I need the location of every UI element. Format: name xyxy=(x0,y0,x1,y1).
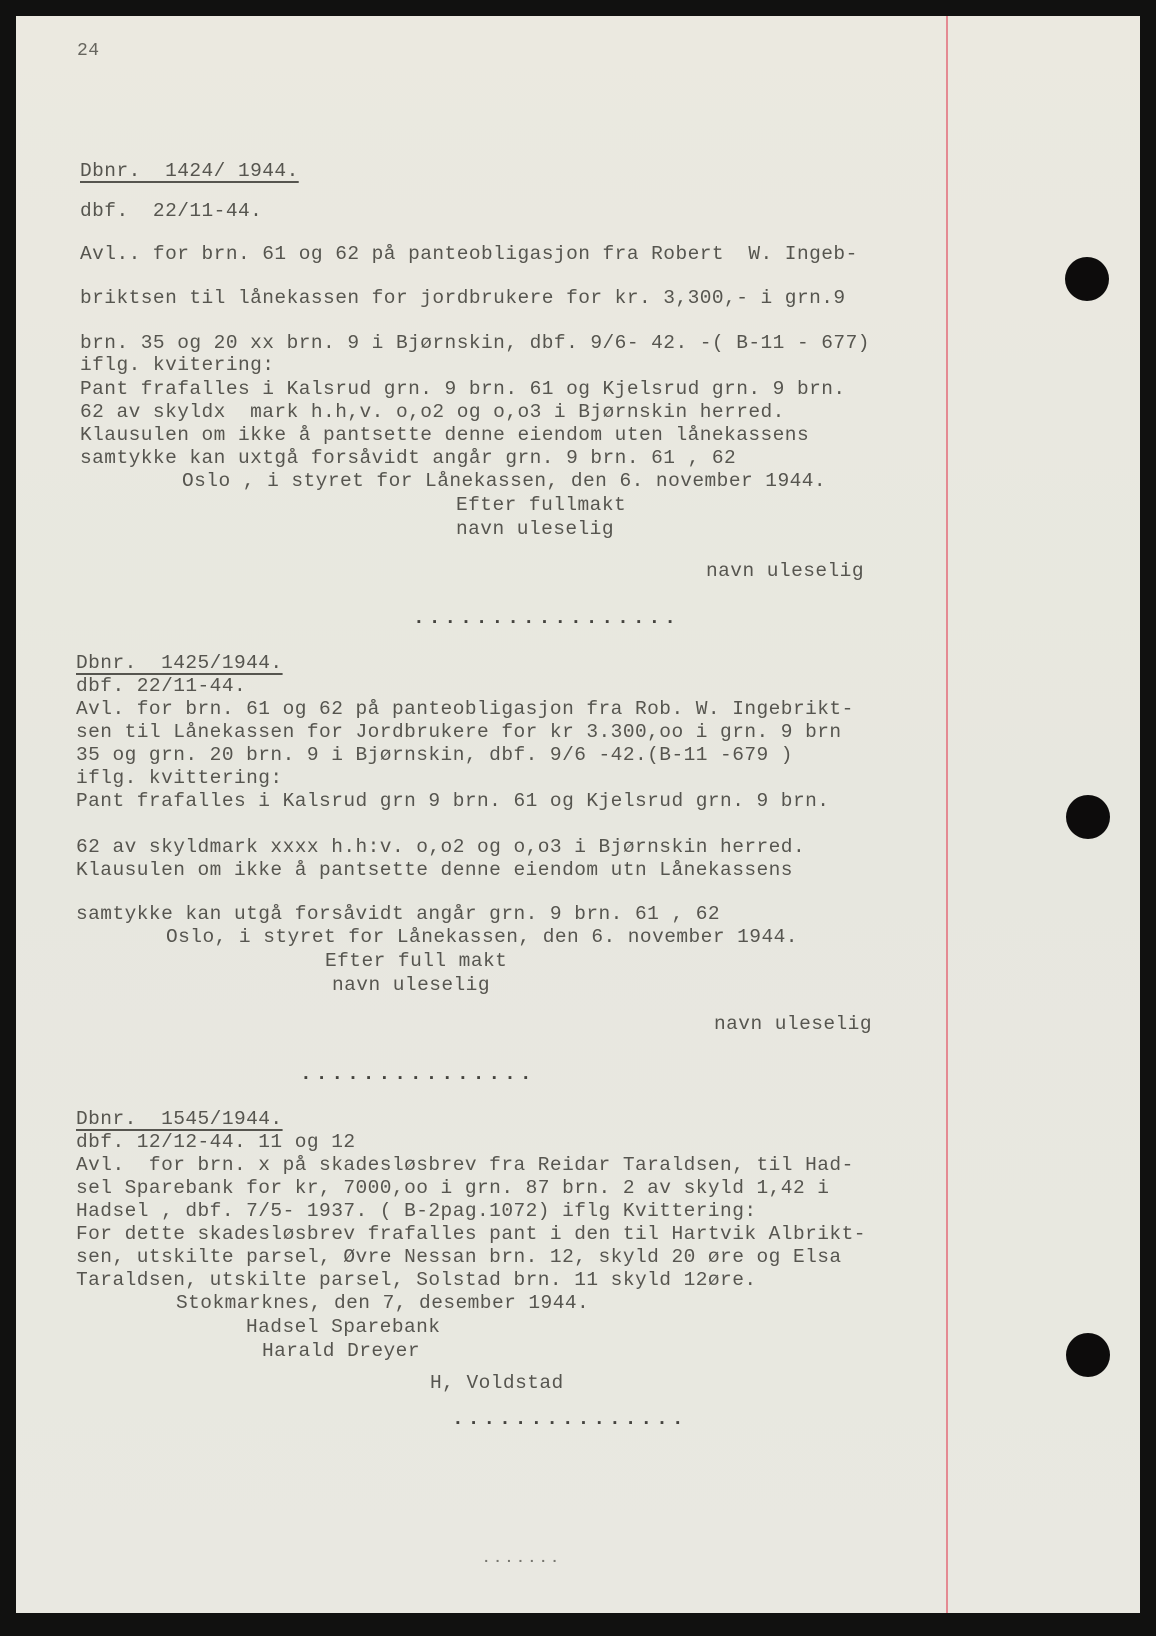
entry-heading: Dbnr. 1545/1944. xyxy=(76,1108,283,1130)
entry-body-line: sel Sparebank for kr, 7000,oo i grn. 87 … xyxy=(76,1177,829,1199)
entry-body-line: iflg. kvittering: xyxy=(76,767,283,789)
entry-heading: Dbnr. 1425/1944. xyxy=(76,652,283,674)
entry-separator: ............... xyxy=(300,1063,536,1085)
entry-body-line: For dette skadesløsbrev frafalles pant i… xyxy=(76,1223,866,1245)
entry-body-line: sen til Lånekassen for Jordbrukere for k… xyxy=(76,721,842,743)
red-margin-line xyxy=(946,16,948,1613)
entry-body-line: samtykke kan utgå forsåvidt angår grn. 9… xyxy=(76,903,720,925)
entry-place-date: Oslo, i styret for Lånekassen, den 6. no… xyxy=(166,926,798,948)
entry-signature-line: navn uleselig xyxy=(456,518,614,540)
entry-signature-line: Efter full makt xyxy=(325,950,507,972)
entry-place-date: Stokmarknes, den 7, desember 1944. xyxy=(176,1292,589,1314)
entry-body-line: iflg. kvitering: xyxy=(80,354,274,376)
entry-dbf-date: dbf. 22/11-44. xyxy=(80,200,262,222)
entry-dbf-date: dbf. 22/11-44. xyxy=(76,675,246,697)
entry-dbf-date: dbf. 12/12-44. 11 og 12 xyxy=(76,1131,356,1153)
entry-body-line: samtykke kan uxtgå forsåvidt angår grn. … xyxy=(80,447,736,469)
entry-body-line: 35 og grn. 20 brn. 9 i Bjørnskin, dbf. 9… xyxy=(76,744,793,766)
entry-separator: ............... xyxy=(452,1408,688,1430)
entry-signature-line: Harald Dreyer xyxy=(262,1340,420,1362)
punch-hole-icon xyxy=(1066,795,1110,839)
page-number: 24 xyxy=(77,40,100,62)
entry-body-line: Klausulen om ikke å pantsette denne eien… xyxy=(80,424,809,446)
entry-signature-line: Efter fullmakt xyxy=(456,494,626,516)
entry-body-line: Avl. for brn. 61 og 62 på panteobligasjo… xyxy=(76,698,854,720)
punch-hole-icon xyxy=(1065,257,1109,301)
entry-second-signature: navn uleselig xyxy=(714,1013,872,1035)
entry-second-signature: H, Voldstad xyxy=(430,1372,564,1394)
entry-place-date: Oslo , i styret for Lånekassen, den 6. n… xyxy=(182,470,826,492)
entry-heading: Dbnr. 1424/ 1944. xyxy=(80,160,299,182)
trailing-marks: ....... xyxy=(482,1548,562,1570)
entry-body-line: Avl.. for brn. 61 og 62 på panteobligasj… xyxy=(80,243,858,265)
entry-body-line: Taraldsen, utskilte parsel, Solstad brn.… xyxy=(76,1269,757,1291)
entry-body-line: Hadsel , dbf. 7/5- 1937. ( B-2pag.1072) … xyxy=(76,1200,757,1222)
entry-body-line: Pant frafalles i Kalsrud grn 9 brn. 61 o… xyxy=(76,790,829,812)
entry-body-line: Pant frafalles i Kalsrud grn. 9 brn. 61 … xyxy=(80,378,846,400)
entry-signature-line: Hadsel Sparebank xyxy=(246,1316,440,1338)
entry-body-line: briktsen til lånekassen for jordbrukere … xyxy=(80,287,846,309)
entry-separator: ................. xyxy=(413,607,680,629)
entry-body-line: Klausulen om ikke å pantsette denne eien… xyxy=(76,859,793,881)
punch-hole-icon xyxy=(1066,1333,1110,1377)
entry-body-line: brn. 35 og 20 xx brn. 9 i Bjørnskin, dbf… xyxy=(80,332,870,354)
entry-second-signature: navn uleselig xyxy=(706,560,864,582)
entry-body-line: 62 av skyldx mark h.h,v. o,o2 og o,o3 i … xyxy=(80,401,785,423)
entry-body-line: 62 av skyldmark xxxx h.h:v. o,o2 og o,o3… xyxy=(76,836,805,858)
entry-body-line: sen, utskilte parsel, Øvre Nessan brn. 1… xyxy=(76,1246,842,1268)
entry-body-line: Avl. for brn. x på skadesløsbrev fra Rei… xyxy=(76,1154,854,1176)
entry-signature-line: navn uleselig xyxy=(332,974,490,996)
